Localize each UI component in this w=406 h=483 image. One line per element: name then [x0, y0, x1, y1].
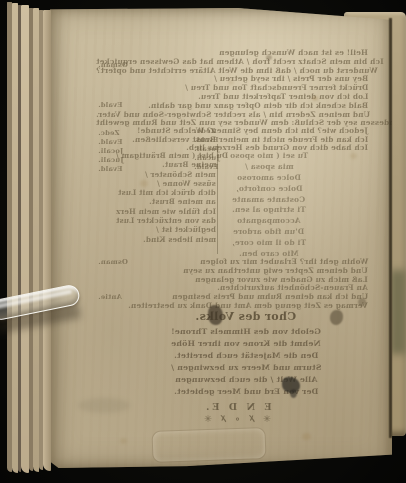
- ink-blot: [208, 305, 223, 325]
- small-spot: [358, 298, 366, 306]
- duet-intro-block: Jedoch wie? bin ich denn bey Sinnen? Wel…: [96, 127, 368, 153]
- duet-right-speaker-labels: Zedc.Evald.Jocali.Jucali.Evald.: [194, 127, 216, 172]
- foxing-spot: [228, 80, 234, 85]
- foxing-spot: [120, 438, 127, 444]
- chorus-heading: Chor des Volks.: [106, 310, 386, 323]
- page-edge: [43, 10, 51, 471]
- foxing-spot: [140, 180, 148, 187]
- foxing-spot: [302, 433, 311, 440]
- foxing-spot: [312, 96, 318, 101]
- recit-block: Wohin geht ihr? Erlaubet mir zu folgenUn…: [96, 258, 368, 311]
- small-spot: [266, 55, 272, 60]
- page-edge: [21, 5, 29, 473]
- ornament-row: ✳ ✗ ∘ ✗ ✳: [96, 414, 378, 425]
- blind-stamp: [151, 427, 266, 463]
- ende-colophon: E N D E.: [96, 402, 378, 413]
- chorus-block: Gelobt von des Himmels Throne!Nehmt die …: [106, 326, 386, 398]
- foxing-spot: [350, 153, 357, 159]
- pencil-smudge: [78, 398, 130, 413]
- underleaf-stain: [390, 270, 406, 354]
- duet-italian-column: Tu sei ( mio sposomia sposa /Dolce amoro…: [222, 151, 316, 260]
- top-text-block: Heil! es ist nach Wunsch gelungenIch bin…: [96, 49, 368, 128]
- book-page: Osman. Evald. Heil! es ist nach Wunsch g…: [50, 8, 392, 468]
- book-scan: Osman. Evald. Heil! es ist nach Wunsch g…: [0, 0, 406, 483]
- page-gap-shadow: [389, 18, 392, 438]
- ink-scribble-dot: [290, 389, 297, 398]
